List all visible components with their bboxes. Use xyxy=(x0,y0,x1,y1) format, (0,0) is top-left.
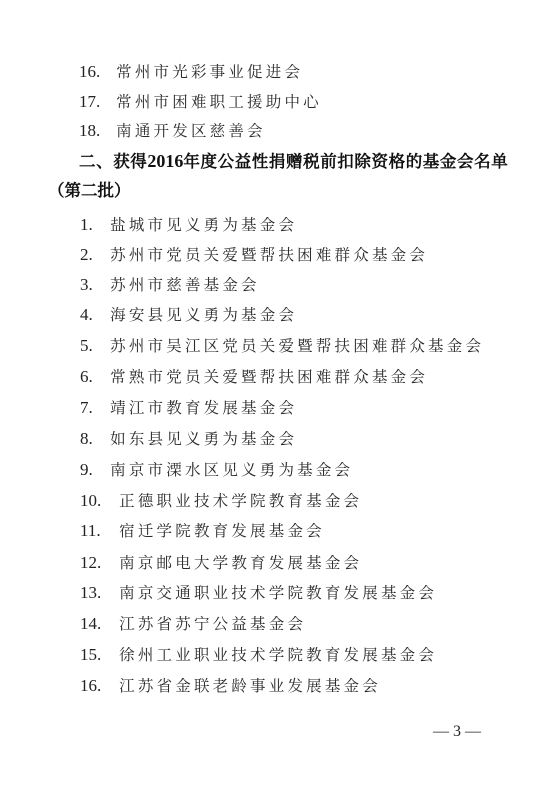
item-name: 常州市困难职工援助中心 xyxy=(116,87,322,117)
item-number: 2. xyxy=(80,240,102,270)
item-number: 13. xyxy=(80,578,111,608)
heading-suffix: 年度公益性捐赠税前扣除资格的基金会名单 xyxy=(183,152,508,171)
item-name: 常熟市党员关爱暨帮扶困难群众基金会 xyxy=(110,362,428,392)
list-item: 18. 南通开发区慈善会 xyxy=(79,116,266,146)
list-item: 13. 南京交通职业技术学院教育发展基金会 xyxy=(80,578,437,608)
heading-year: 2016 xyxy=(147,151,183,171)
section-heading: 二、获得2016年度公益性捐赠税前扣除资格的基金会名单 xyxy=(79,146,508,176)
item-number: 18. xyxy=(79,116,108,146)
item-name: 盐城市见义勇为基金会 xyxy=(110,210,297,240)
list-item: 10. 正德职业技术学院教育基金会 xyxy=(80,486,362,516)
item-name: 正德职业技术学院教育基金会 xyxy=(119,486,362,516)
item-number: 9. xyxy=(80,455,102,485)
item-number: 16. xyxy=(80,671,111,701)
item-number: 17. xyxy=(79,87,108,117)
list-item: 16. 江苏省金联老龄事业发展基金会 xyxy=(80,671,381,701)
item-number: 12. xyxy=(80,548,111,578)
list-item: 12. 南京邮电大学教育发展基金会 xyxy=(80,548,362,578)
item-name: 海安县见义勇为基金会 xyxy=(110,300,297,330)
list-item: 15. 徐州工业职业技术学院教育发展基金会 xyxy=(80,640,437,670)
list-item: 4. 海安县见义勇为基金会 xyxy=(80,300,297,330)
item-name: 南京邮电大学教育发展基金会 xyxy=(119,548,362,578)
item-number: 15. xyxy=(80,640,111,670)
item-name: 江苏省苏宁公益基金会 xyxy=(119,609,306,639)
item-number: 6. xyxy=(80,362,102,392)
item-number: 10. xyxy=(80,486,111,516)
list-item: 16. 常州市光彩事业促进会 xyxy=(79,57,303,87)
item-name: 靖江市教育发展基金会 xyxy=(110,393,297,423)
item-number: 16. xyxy=(79,57,108,87)
list-item: 11. 宿迁学院教育发展基金会 xyxy=(80,516,325,546)
list-item: 9. 南京市溧水区见义勇为基金会 xyxy=(80,455,353,485)
list-item: 2. 苏州市党员关爱暨帮扶困难群众基金会 xyxy=(80,240,428,270)
item-name: 江苏省金联老龄事业发展基金会 xyxy=(119,671,381,701)
document-page: 16. 常州市光彩事业促进会 17. 常州市困难职工援助中心 18. 南通开发区… xyxy=(0,0,548,800)
item-name: 徐州工业职业技术学院教育发展基金会 xyxy=(119,640,437,670)
item-name: 苏州市党员关爱暨帮扶困难群众基金会 xyxy=(110,240,428,270)
item-name: 苏州市吴江区党员关爱暨帮扶困难群众基金会 xyxy=(110,331,484,361)
heading-prefix: 二、获得 xyxy=(79,152,147,171)
list-item: 8. 如东县见义勇为基金会 xyxy=(80,424,297,454)
list-item: 14. 江苏省苏宁公益基金会 xyxy=(80,609,306,639)
list-item: 3. 苏州市慈善基金会 xyxy=(80,270,260,300)
list-item: 7. 靖江市教育发展基金会 xyxy=(80,393,297,423)
page-number: — 3 — xyxy=(433,720,481,744)
list-item: 17. 常州市困难职工援助中心 xyxy=(79,87,322,117)
list-item: 1. 盐城市见义勇为基金会 xyxy=(80,210,297,240)
list-item: 5. 苏州市吴江区党员关爱暨帮扶困难群众基金会 xyxy=(80,331,484,361)
item-name: 苏州市慈善基金会 xyxy=(110,270,260,300)
section-heading-continuation: （第二批） xyxy=(48,176,131,206)
item-name: 宿迁学院教育发展基金会 xyxy=(119,516,325,546)
item-name: 如东县见义勇为基金会 xyxy=(110,424,297,454)
item-number: 3. xyxy=(80,270,102,300)
item-number: 11. xyxy=(80,516,111,546)
item-number: 5. xyxy=(80,331,102,361)
item-number: 8. xyxy=(80,424,102,454)
item-name: 常州市光彩事业促进会 xyxy=(116,57,303,87)
item-number: 7. xyxy=(80,393,102,423)
item-number: 14. xyxy=(80,609,111,639)
item-name: 南京交通职业技术学院教育发展基金会 xyxy=(119,578,437,608)
item-number: 4. xyxy=(80,300,102,330)
item-number: 1. xyxy=(80,210,102,240)
item-name: 南通开发区慈善会 xyxy=(116,116,266,146)
item-name: 南京市溧水区见义勇为基金会 xyxy=(110,455,353,485)
list-item: 6. 常熟市党员关爱暨帮扶困难群众基金会 xyxy=(80,362,428,392)
